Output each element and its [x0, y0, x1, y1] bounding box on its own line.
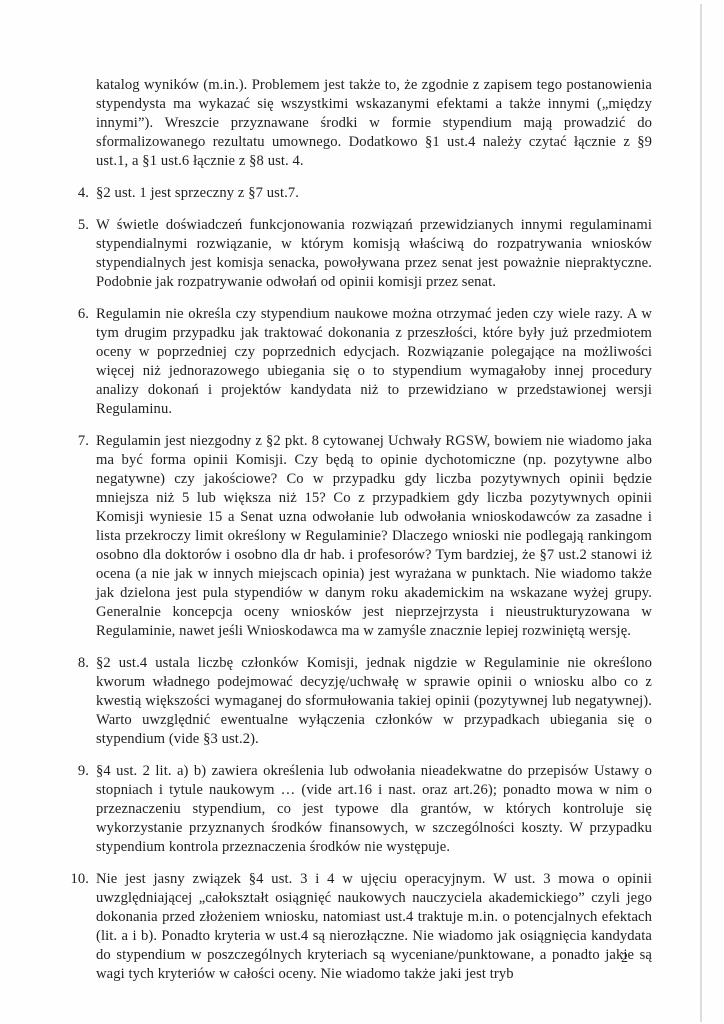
numbered-item-7: 7. Regulamin jest niezgodny z §2 pkt. 8 …	[96, 432, 652, 641]
item-text: Regulamin jest niezgodny z §2 pkt. 8 cyt…	[96, 432, 652, 641]
document-page: katalog wyników (m.in.). Problemem jest …	[0, 0, 724, 1024]
item-number: 10.	[70, 870, 89, 889]
numbered-item-4: 4. §2 ust. 1 jest sprzeczny z §7 ust.7.	[96, 184, 652, 203]
item-number: 8.	[78, 654, 89, 673]
item-text: §2 ust.4 ustala liczbę członków Komisji,…	[96, 654, 652, 749]
item-text: Regulamin nie określa czy stypendium nau…	[96, 305, 652, 419]
item-number: 9.	[78, 762, 89, 781]
numbered-item-8: 8. §2 ust.4 ustala liczbę członków Komis…	[96, 654, 652, 749]
numbered-item-10: 10. Nie jest jasny związek §4 ust. 3 i 4…	[96, 870, 652, 984]
paragraph-continuation: katalog wyników (m.in.). Problemem jest …	[96, 76, 652, 171]
page-number: 2	[621, 951, 628, 967]
item-number: 5.	[78, 216, 89, 235]
numbered-item-5: 5. W świetle doświadczeń funkcjonowania …	[96, 216, 652, 292]
item-text: §4 ust. 2 lit. a) b) zawiera określenia …	[96, 762, 652, 857]
item-text: Nie jest jasny związek §4 ust. 3 i 4 w u…	[96, 870, 652, 984]
numbered-item-9: 9. §4 ust. 2 lit. a) b) zawiera określen…	[96, 762, 652, 857]
item-text: W świetle doświadczeń funkcjonowania roz…	[96, 216, 652, 292]
item-number: 7.	[78, 432, 89, 451]
numbered-item-6: 6. Regulamin nie określa czy stypendium …	[96, 305, 652, 419]
item-number: 4.	[78, 184, 89, 203]
scan-edge-line	[700, 4, 702, 1022]
document-text-block: katalog wyników (m.in.). Problemem jest …	[96, 76, 652, 997]
item-text: §2 ust. 1 jest sprzeczny z §7 ust.7.	[96, 184, 652, 203]
item-number: 6.	[78, 305, 89, 324]
